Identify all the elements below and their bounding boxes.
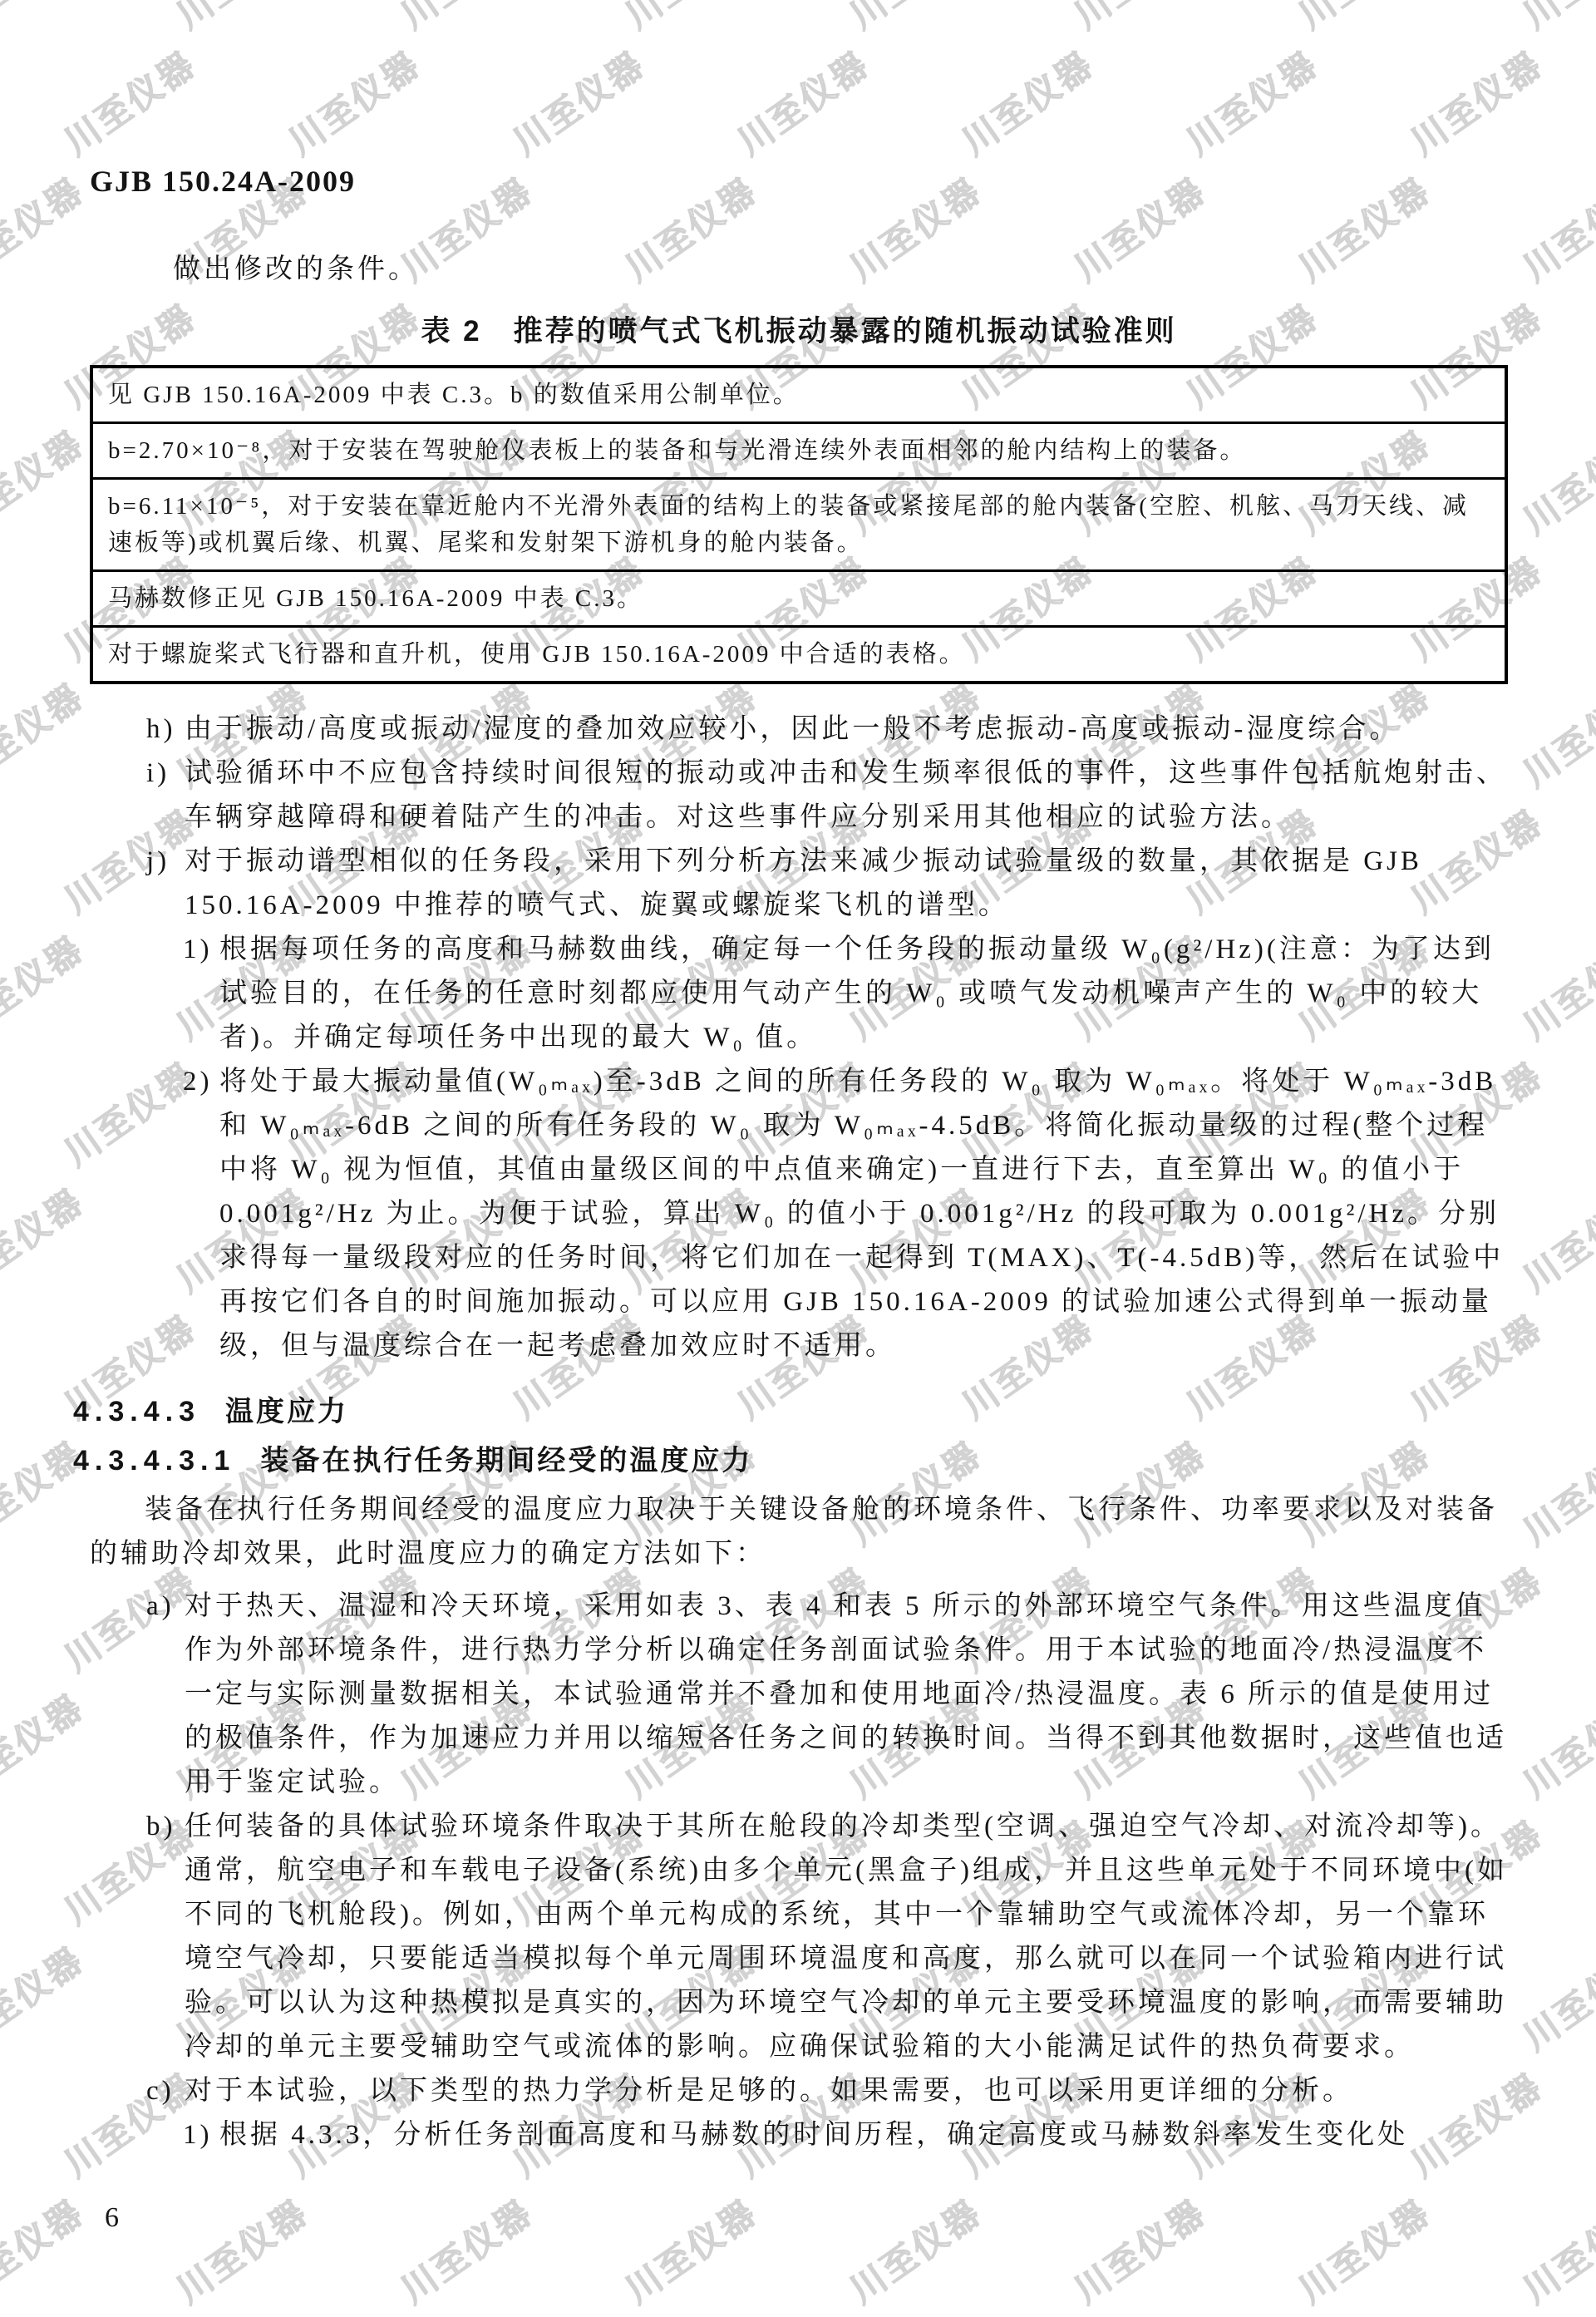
- doc-code: GJB 150.24A-2009: [90, 163, 1508, 200]
- watermark-text: 川至仪器: [1288, 2186, 1439, 2313]
- document-page: 川至仪器川至仪器川至仪器川至仪器川至仪器川至仪器川至仪器川至仪器川至仪器川至仪器…: [0, 0, 1596, 2317]
- table-row: 对于螺旋桨式飞行器和直升机，使用 GJB 150.16A-2009 中合适的表格…: [93, 625, 1505, 681]
- watermark-text: 川至仪器: [1063, 0, 1214, 38]
- watermark-text: 川至仪器: [1512, 1428, 1596, 1555]
- table2: 见 GJB 150.16A-2009 中表 C.3。b 的数值采用公制单位。 b…: [90, 365, 1508, 684]
- watermark-text: 川至仪器: [1512, 1934, 1596, 2060]
- list-item-text: 对于本试验，以下类型的热力学分析是足够的。如果需要，也可以采用更详细的分析。: [185, 2069, 1508, 2113]
- list-item: a) 对于热天、温湿和冷天环境，采用如表 3、表 4 和表 5 所示的外部环境空…: [146, 1585, 1508, 1805]
- watermark-text: 川至仪器: [614, 2186, 766, 2313]
- list-item-text: 任何装备的具体试验环境条件取决于其所在舱段的冷却类型(空调、强迫空气冷却、对流冷…: [185, 1805, 1508, 2069]
- watermark-text: 川至仪器: [951, 38, 1102, 165]
- watermark-text: 川至仪器: [1400, 38, 1551, 165]
- list-item: c) 对于本试验，以下类型的热力学分析是足够的。如果需要，也可以采用更详细的分析…: [146, 2069, 1508, 2113]
- list-item-label: i): [146, 752, 185, 796]
- page-content: GJB 150.24A-2009 做出修改的条件。 表 2 推荐的喷气式飞机振动…: [90, 163, 1508, 2157]
- watermark-text: 川至仪器: [727, 38, 878, 165]
- list-item-text: 根据 4.3.3，分析任务剖面高度和马赫数的时间历程，确定高度或马赫数斜率发生变…: [219, 2113, 1508, 2157]
- watermark-text: 川至仪器: [0, 923, 92, 1049]
- watermark-text: 川至仪器: [165, 0, 317, 38]
- watermark-text: 川至仪器: [1512, 165, 1596, 291]
- section-heading: 4.3.4.3温度应力: [73, 1390, 1508, 1434]
- watermark-text: 川至仪器: [0, 165, 92, 291]
- list-item-text: 试验循环中不应包含持续时间很短的振动或冲击和发生频率很低的事件，这些事件包括航炮…: [185, 752, 1508, 840]
- watermark-text: 川至仪器: [165, 2186, 317, 2313]
- list-item-text: 根据每项任务的高度和马赫数曲线，确定每一个任务段的振动量级 W₀(g²/Hz)(…: [219, 928, 1508, 1060]
- watermark-text: 川至仪器: [1063, 2186, 1214, 2313]
- watermark-text: 川至仪器: [390, 2186, 541, 2313]
- watermark-text: 川至仪器: [502, 38, 653, 165]
- sub-list-item: 2) 将处于最大振动量值(W₀ₘₐₓ)至-3dB 之间的所有任务段的 W₀ 取为…: [183, 1060, 1508, 1368]
- list-item-label: a): [146, 1585, 185, 1629]
- table-row: 见 GJB 150.16A-2009 中表 C.3。b 的数值采用公制单位。: [93, 368, 1505, 421]
- page-number: 6: [105, 2200, 119, 2236]
- list-item-label: 1): [183, 928, 219, 972]
- table-row: b=2.70×10⁻⁸，对于安装在驾驶舱仪表板上的装备和与光滑连续外表面相邻的舱…: [93, 421, 1505, 477]
- watermark-text: 川至仪器: [390, 0, 541, 38]
- watermark-text: 川至仪器: [0, 1176, 92, 1302]
- list-item-text: 将处于最大振动量值(W₀ₘₐₓ)至-3dB 之间的所有任务段的 W₀ 取为 W₀…: [219, 1060, 1508, 1368]
- watermark-text: 川至仪器: [614, 0, 766, 38]
- watermark-text: 川至仪器: [1512, 923, 1596, 1049]
- table-row: b=6.11×10⁻⁵，对于安装在靠近舱内不光滑外表面的结构上的装备或紧接尾部的…: [93, 477, 1505, 569]
- watermark-text: 川至仪器: [1512, 1681, 1596, 1807]
- list-item-text: 对于热天、温湿和冷天环境，采用如表 3、表 4 和表 5 所示的外部环境空气条件…: [185, 1585, 1508, 1805]
- section-number: 4.3.4.3: [73, 1396, 200, 1427]
- list-abc: a) 对于热天、温湿和冷天环境，采用如表 3、表 4 和表 5 所示的外部环境空…: [90, 1585, 1508, 2157]
- watermark-text: 川至仪器: [0, 417, 92, 544]
- list-item-label: 1): [183, 2113, 219, 2157]
- watermark-text: 川至仪器: [0, 2186, 92, 2313]
- watermark-text: 川至仪器: [1288, 0, 1439, 38]
- watermark-text: 川至仪器: [0, 1934, 92, 2060]
- list-item-text: 由于振动/高度或振动/湿度的叠加效应较小，因此一般不考虑振动-高度或振动-湿度综…: [185, 707, 1508, 752]
- watermark-text: 川至仪器: [278, 38, 429, 165]
- section-title: 温度应力: [225, 1396, 348, 1427]
- list-item: b) 任何装备的具体试验环境条件取决于其所在舱段的冷却类型(空调、强迫空气冷却、…: [146, 1805, 1508, 2069]
- list-item: i) 试验循环中不应包含持续时间很短的振动或冲击和发生频率很低的事件，这些事件包…: [146, 752, 1508, 840]
- intro-paragraph: 做出修改的条件。: [173, 248, 1508, 292]
- watermark-text: 川至仪器: [1512, 417, 1596, 544]
- watermark-text: 川至仪器: [1512, 670, 1596, 796]
- sub-list-item: 1) 根据每项任务的高度和马赫数曲线，确定每一个任务段的振动量级 W₀(g²/H…: [183, 928, 1508, 1060]
- watermark-text: 川至仪器: [1512, 1176, 1596, 1302]
- section-number: 4.3.4.3.1: [73, 1445, 235, 1476]
- sub-list-item: 1) 根据 4.3.3，分析任务剖面高度和马赫数的时间历程，确定高度或马赫数斜率…: [183, 2113, 1508, 2157]
- watermark-text: 川至仪器: [1512, 2186, 1596, 2313]
- watermark-text: 川至仪器: [0, 670, 92, 796]
- list-item-label: c): [146, 2069, 185, 2113]
- watermark-text: 川至仪器: [1512, 0, 1596, 38]
- paragraph: 装备在执行任务期间经受的温度应力取决于关键设备舱的环境条件、飞行条件、功率要求以…: [90, 1488, 1508, 1576]
- watermark-text: 川至仪器: [0, 1681, 92, 1807]
- list-hij: h) 由于振动/高度或振动/湿度的叠加效应较小，因此一般不考虑振动-高度或振动-…: [90, 707, 1508, 1368]
- list-item-label: b): [146, 1805, 185, 1849]
- list-item-text: 对于振动谱型相似的任务段，采用下列分析方法来减少振动试验量级的数量，其依据是 G…: [185, 840, 1508, 928]
- section-title: 装备在执行任务期间经受的温度应力: [260, 1445, 752, 1476]
- list-item: h) 由于振动/高度或振动/湿度的叠加效应较小，因此一般不考虑振动-高度或振动-…: [146, 707, 1508, 752]
- watermark-text: 川至仪器: [0, 0, 92, 38]
- table-row: 马赫数修正见 GJB 150.16A-2009 中表 C.3。: [93, 569, 1505, 625]
- list-item-label: 2): [183, 1060, 219, 1104]
- table2-title: 表 2 推荐的喷气式飞机振动暴露的随机振动试验准则: [90, 312, 1508, 352]
- list-item-label: h): [146, 707, 185, 752]
- watermark-text: 川至仪器: [839, 0, 990, 38]
- watermark-text: 川至仪器: [839, 2186, 990, 2313]
- watermark-text: 川至仪器: [1175, 38, 1327, 165]
- watermark-text: 川至仪器: [53, 38, 204, 165]
- list-item: j) 对于振动谱型相似的任务段，采用下列分析方法来减少振动试验量级的数量，其依据…: [146, 840, 1508, 928]
- section-heading: 4.3.4.3.1装备在执行任务期间经受的温度应力: [73, 1439, 1508, 1483]
- list-item-label: j): [146, 840, 185, 884]
